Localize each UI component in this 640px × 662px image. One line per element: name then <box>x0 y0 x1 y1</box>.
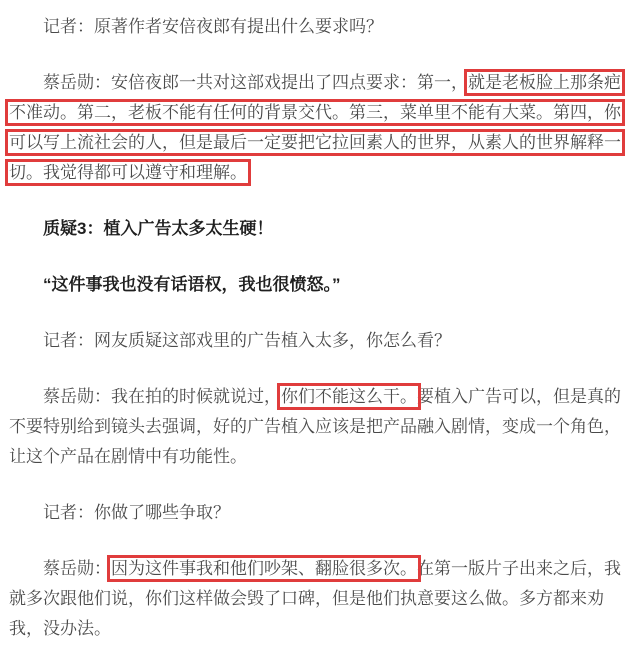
text-segment: 蔡岳勋： <box>43 559 111 578</box>
paragraph: 蔡岳勋：因为这件事我和他们吵架、翻脸很多次。在第一版片子出来之后，我就多次跟他们… <box>9 554 629 644</box>
red-highlight-box: 你们不能这么干。 <box>281 387 417 406</box>
paragraph: 记者：你做了哪些争取？ <box>9 498 629 528</box>
section-heading: 质疑3：植入广告太多太生硬！ <box>9 214 629 244</box>
text-segment: 记者：你做了哪些争取？ <box>43 503 230 522</box>
text-segment: 质疑3：植入广告太多太生硬！ <box>43 219 273 238</box>
text-segment: “这件事我也没有话语权，我也很愤怒。” <box>43 275 341 294</box>
text-segment: 蔡岳勋：安倍夜郎一共对这部戏提出了四点要求：第一， <box>43 73 468 92</box>
paragraph: 记者：原著作者安倍夜郎有提出什么要求吗？ <box>9 12 629 42</box>
section-heading: “这件事我也没有话语权，我也很愤怒。” <box>9 270 629 300</box>
text-segment: 记者：网友质疑这部戏里的广告植入太多，你怎么看？ <box>43 331 451 350</box>
paragraph: 蔡岳勋：安倍夜郎一共对这部戏提出了四点要求：第一，就是老板脸上那条疤不准动。第二… <box>9 68 629 188</box>
paragraph: 记者：网友质疑这部戏里的广告植入太多，你怎么看？ <box>9 326 629 356</box>
paragraph: 蔡岳勋：我在拍的时候就说过，你们不能这么干。要植入广告可以，但是真的不要特别给到… <box>9 382 629 472</box>
red-highlight-box: 因为这件事我和他们吵架、翻脸很多次。 <box>111 559 417 578</box>
interview-article: 记者：原著作者安倍夜郎有提出什么要求吗？蔡岳勋：安倍夜郎一共对这部戏提出了四点要… <box>0 0 640 644</box>
text-segment: 蔡岳勋：我在拍的时候就说过， <box>43 387 281 406</box>
text-segment: 记者：原著作者安倍夜郎有提出什么要求吗？ <box>43 17 383 36</box>
